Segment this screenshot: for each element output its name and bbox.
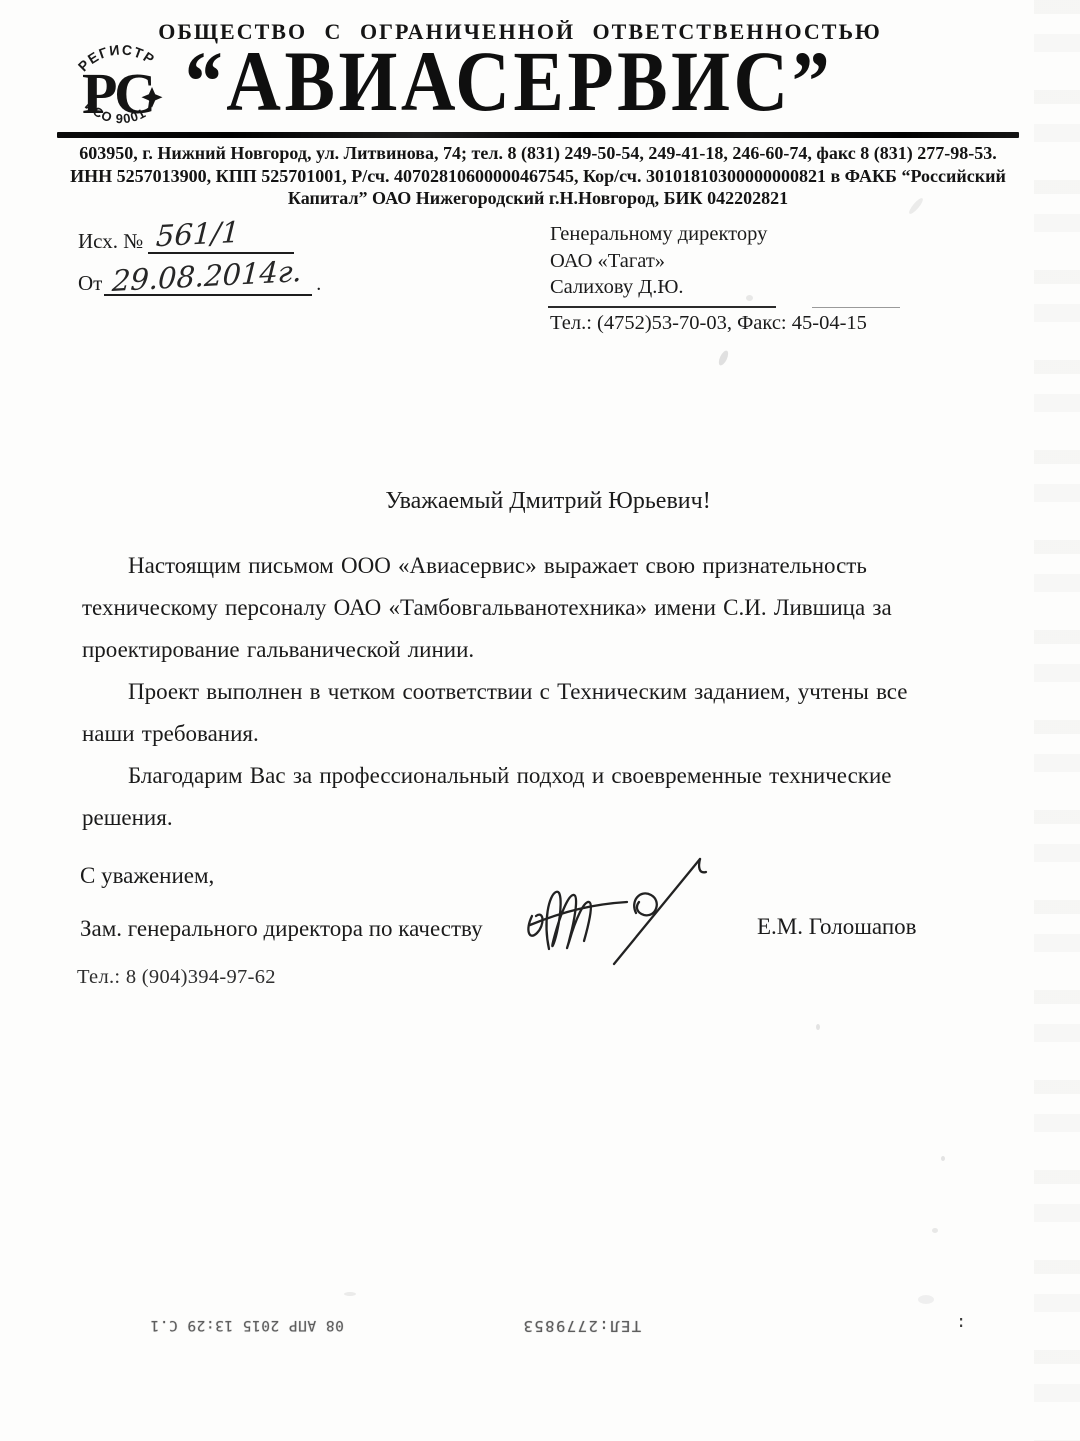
scan-speck — [344, 1292, 356, 1296]
outgoing-number-handwritten: 561/1 — [156, 217, 241, 251]
body-line: Настоящим письмом ООО «Авиасервис» выраж… — [82, 545, 952, 587]
scan-speck — [746, 295, 753, 301]
signer-name: Е.М. Голошапов — [757, 914, 916, 940]
contact-line: Капитал” ОАО Нижегородский г.Н.Новгород,… — [57, 187, 1019, 210]
company-contacts: 603950, г. Нижний Новгород, ул. Литвинов… — [57, 142, 1019, 210]
recipient-block: Генеральному директору ОАО «Тагат» Салих… — [550, 221, 767, 301]
handwritten-signature-icon — [518, 850, 723, 970]
rst-iso-logo-icon: РЕГИСТР ИСО 9001 РС — [60, 30, 182, 138]
outgoing-number-underline: 561/1 — [148, 219, 294, 254]
body-paragraphs: Настоящим письмом ООО «Авиасервис» выраж… — [82, 545, 952, 839]
signer-phone: Тел.: 8 (904)394-97-62 — [77, 966, 276, 989]
outgoing-number-row: Исх. №561/1 — [78, 219, 294, 254]
scan-speck — [918, 1295, 934, 1304]
body-line: техническому персоналу ОАО «Тамбовгальва… — [82, 587, 952, 629]
recipient-divider-faint — [812, 307, 900, 308]
signature — [518, 850, 723, 975]
scan-speck — [816, 1024, 820, 1030]
body-line: Проект выполнен в четком соответствии с … — [82, 671, 952, 713]
recipient-phone: Тел.: (4752)53-70-03, Факс: 45-04-15 — [550, 312, 867, 335]
scan-speck — [932, 1228, 938, 1233]
scanned-letter-page: ОБЩЕСТВО С ОГРАНИЧЕННОЙ ОТВЕТСТВЕННОСТЬЮ… — [0, 0, 1080, 1441]
date-trailing-dot: . — [316, 273, 321, 295]
date-underline: 29.08.2014г. — [104, 261, 312, 296]
contact-line: ИНН 5257013900, КПП 525701001, Р/сч. 407… — [57, 165, 1019, 188]
company-name: “АВИАСЕРВИС” — [61, 38, 957, 124]
recipient-divider — [548, 306, 776, 308]
fax-tel-stamp: ТЕЛ:2779853 — [522, 1317, 641, 1335]
date-row: От29.08.2014г.. — [78, 261, 321, 296]
body-line: наши требования. — [82, 713, 952, 755]
closing-regards: С уважением, — [80, 863, 214, 889]
body-line: проектирование гальванической линии. — [82, 629, 952, 671]
date-handwritten: 29.08.2014г. — [112, 256, 303, 296]
logo-letters: РС — [82, 61, 152, 126]
fax-colon-mark: : — [956, 1312, 966, 1332]
outgoing-number-label: Исх. № — [78, 229, 143, 253]
salutation: Уважаемый Дмитрий Юрьевич! — [8, 488, 1080, 515]
body-line: решения. — [82, 797, 952, 839]
recipient-name: Салихову Д.Ю. — [550, 274, 767, 301]
recipient-position: Генеральному директору — [550, 221, 767, 248]
fax-datetime-stamp: 08 АПР 2015 13:29 С.1 — [150, 1317, 344, 1333]
signer-position: Зам. генерального директора по качеству — [80, 916, 483, 942]
certification-logo: РЕГИСТР ИСО 9001 РС — [60, 30, 182, 143]
scan-speck — [941, 1156, 945, 1161]
scan-speck — [717, 349, 730, 366]
body-line: Благодарим Вас за профессиональный подхо… — [82, 755, 952, 797]
contact-line: 603950, г. Нижний Новгород, ул. Литвинов… — [57, 142, 1019, 165]
date-label: От — [78, 271, 102, 295]
header-divider — [57, 132, 1019, 138]
recipient-company: ОАО «Тагат» — [550, 248, 767, 275]
scan-noise-strip — [1034, 0, 1080, 1441]
